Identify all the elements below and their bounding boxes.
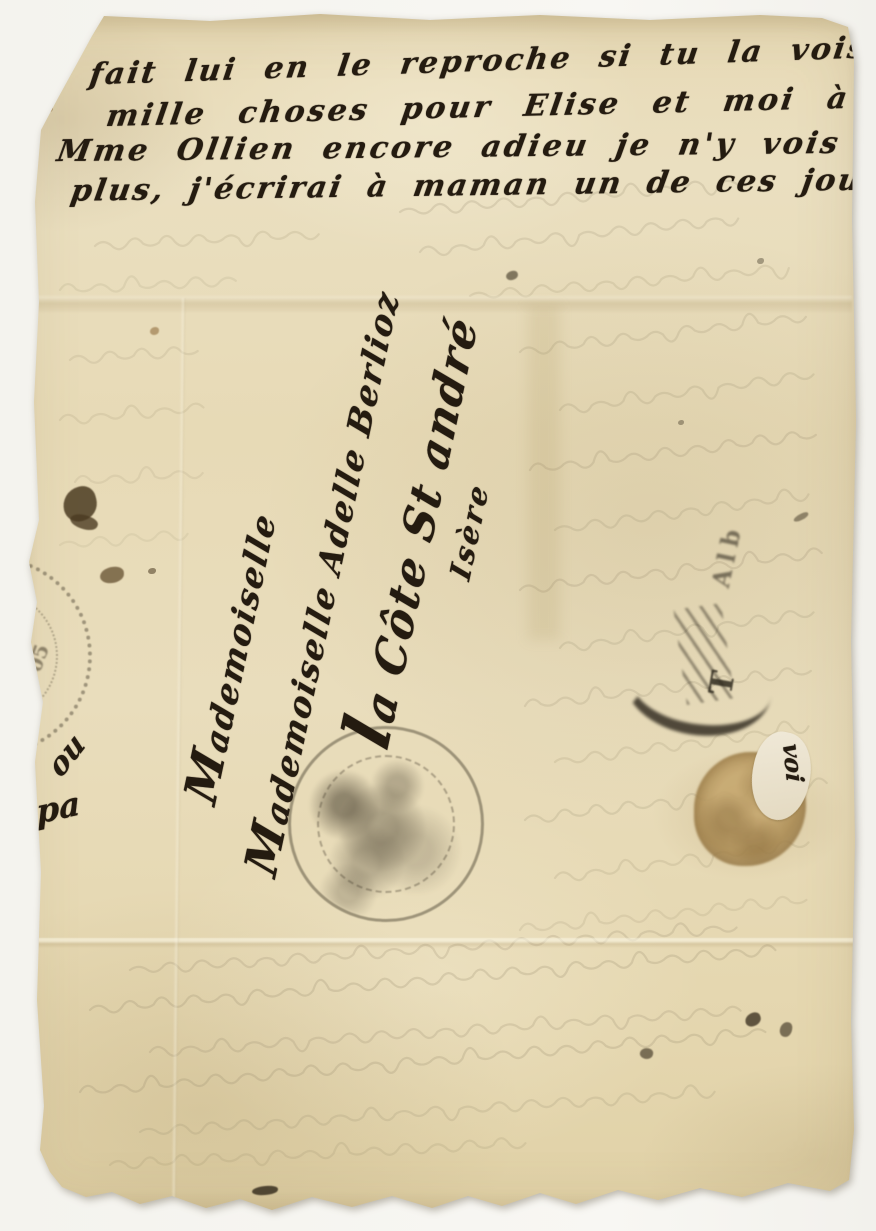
ink-speck <box>757 258 764 264</box>
fold-crease-horizontal-lower <box>30 938 856 948</box>
ink-speck <box>743 1011 762 1029</box>
ink-speck <box>99 566 124 584</box>
letter-sheet: fait lui en le reproche si tu la vois mi… <box>0 0 876 1231</box>
ink-speck <box>46 106 53 112</box>
transit-stamp-letters: Alb <box>706 520 748 590</box>
showthrough-stroke <box>139 1084 715 1142</box>
showthrough-stroke <box>59 271 236 295</box>
showthrough-stroke <box>89 940 776 1018</box>
handwriting-fragment-left-lower: pa <box>35 783 81 832</box>
left-edge-postmark: 05 <box>0 556 92 756</box>
letter-line: Mme Ollien encore adieu je n'y vois <box>54 126 843 169</box>
fold-crease-horizontal-upper <box>36 296 852 312</box>
ink-speck <box>779 1021 793 1038</box>
letter-line: plus, j'écrirai à maman un de ces jours <box>68 162 876 209</box>
address-block: Mademoiselle Mademoiselle Adelle Berlioz… <box>161 285 575 915</box>
ink-speck <box>639 1047 654 1061</box>
showthrough-stroke <box>529 425 817 474</box>
ink-speck <box>505 270 518 281</box>
scan-background: fait lui en le reproche si tu la vois mi… <box>0 0 876 1231</box>
showthrough-stroke <box>559 366 815 419</box>
ink-speck <box>252 1185 278 1195</box>
paper-shadow-wrap: fait lui en le reproche si tu la vois mi… <box>0 0 876 1231</box>
showthrough-stroke <box>70 345 198 365</box>
ink-speck <box>792 511 809 523</box>
ink-speck <box>150 327 159 335</box>
handwriting-fragment-right: voi <box>777 743 810 783</box>
showthrough-stroke <box>554 486 810 536</box>
showthrough-stroke <box>419 210 739 261</box>
ink-speck <box>148 568 156 574</box>
showthrough-stroke <box>519 890 807 934</box>
ink-speck <box>68 511 99 534</box>
showthrough-stroke <box>79 1022 766 1100</box>
showthrough-stroke <box>60 529 188 550</box>
showthrough-stroke <box>95 228 319 254</box>
showthrough-stroke <box>129 920 737 980</box>
ink-speck <box>678 420 684 425</box>
transit-stamp: Alb T <box>618 588 798 748</box>
